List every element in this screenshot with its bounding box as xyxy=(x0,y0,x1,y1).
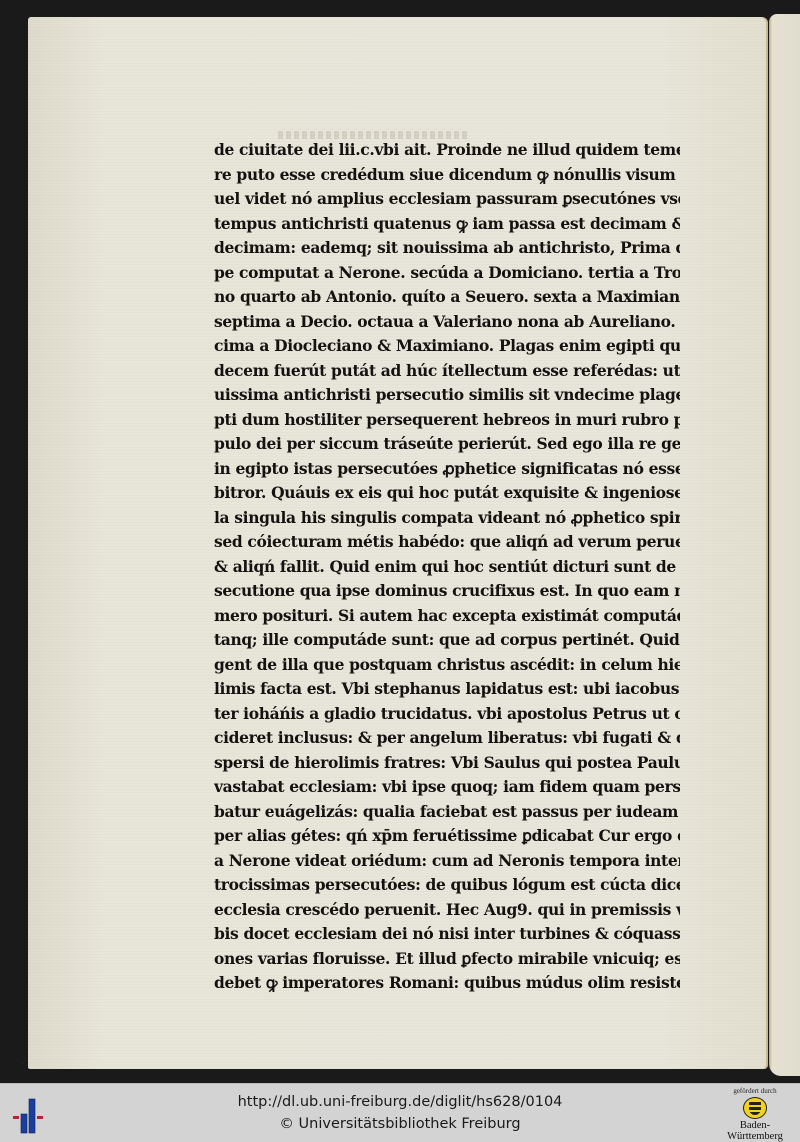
text-line: sed cóiecturam métis habédo: que aliqń a… xyxy=(214,530,680,555)
text-line: batur euágelizás: qualia faciebat est pa… xyxy=(214,800,680,825)
sponsor-caption: gefördert durch xyxy=(712,1087,798,1095)
text-line: pti dum hostiliter persequerent hebreos … xyxy=(214,408,680,433)
text-line: bitror. Quáuis ex eis qui hoc putát exqu… xyxy=(214,481,680,506)
text-line: per alias gétes: qń xp̄m feruétissime ꝑd… xyxy=(214,824,680,849)
next-page-edge xyxy=(769,14,800,1076)
text-line: septima a Decio. octaua a Valeriano nona… xyxy=(214,310,680,335)
text-line: uel videt nó amplius ecclesiam passuram … xyxy=(214,187,680,212)
text-line: tempus antichristi quatenus ꝙ iam passa … xyxy=(214,212,680,237)
text-line: ter ioháńis a gladio trucidatus. vbi apo… xyxy=(214,702,680,727)
text-line: limis facta est. Vbi stephanus lapidatus… xyxy=(214,677,680,702)
sponsor-name: Baden-Württemberg xyxy=(712,1120,798,1142)
text-line: in egipto istas persecutóes ꝓphetice sig… xyxy=(214,457,680,482)
text-line: la singula his singulis compata videant … xyxy=(214,506,680,531)
text-line: de ciuitate dei lii.c.vbi ait. Proinde n… xyxy=(214,138,680,163)
copyright-notice: © Universitätsbibliothek Freiburg xyxy=(0,1116,800,1132)
text-line: cima a Diocleciano & Maximiano. Plagas e… xyxy=(214,334,680,359)
text-line: mero posituri. Si autem hac excepta exis… xyxy=(214,604,680,629)
text-line: decem fuerút putát ad húc ítellectum ess… xyxy=(214,359,680,384)
text-line: vastabat ecclesiam: vbi ipse quoq; iam f… xyxy=(214,775,680,800)
text-line: trocissimas persecutóes: de quibus lógum… xyxy=(214,873,680,898)
text-line: secutione qua ipse dominus crucifixus es… xyxy=(214,579,680,604)
text-line: bis docet ecclesiam dei nó nisi inter tu… xyxy=(214,922,680,947)
incunable-text-block: de ciuitate dei lii.c.vbi ait. Proinde n… xyxy=(214,138,680,996)
text-line: debet ꝙ imperatores Romani: quibus múdus… xyxy=(214,971,680,996)
text-line: re puto esse credédum siue dicendum ꝙ nó… xyxy=(214,163,680,188)
text-line: ecclesia crescédo peruenit. Hec Aug9. qu… xyxy=(214,898,680,923)
page-viewer: de ciuitate dei lii.c.vbi ait. Proinde n… xyxy=(0,0,800,1083)
text-line: cideret inclusus: & per angelum liberatu… xyxy=(214,726,680,751)
sponsor-badge: gefördert durch Baden-Württemberg xyxy=(712,1087,798,1142)
text-line: gent de illa que postquam christus ascéd… xyxy=(214,653,680,678)
text-line: tanq; ille computáde sunt: que ad corpus… xyxy=(214,628,680,653)
coat-of-arms-icon xyxy=(743,1097,767,1119)
footer-bar: http://dl.ub.uni-freiburg.de/diglit/hs62… xyxy=(0,1083,800,1142)
text-line: pulo dei per siccum tráseúte perierút. S… xyxy=(214,432,680,457)
text-line: pe computat a Nerone. secúda a Domiciano… xyxy=(214,261,680,286)
corner-mark: ✓ xyxy=(20,1057,28,1068)
text-line: & aliqń fallit. Quid enim qui hoc sentiú… xyxy=(214,555,680,580)
text-line: decimam: eademq; sit nouissima ab antich… xyxy=(214,236,680,261)
text-line: ones varias floruisse. Et illud ꝑfecto m… xyxy=(214,947,680,972)
text-line: uissima antichristi persecutio similis s… xyxy=(214,383,680,408)
text-line: no quarto ab Antonio. quíto a Seuero. se… xyxy=(214,285,680,310)
permalink-url[interactable]: http://dl.ub.uni-freiburg.de/diglit/hs62… xyxy=(0,1094,800,1110)
text-line: a Nerone videat oriédum: cum ad Neronis … xyxy=(214,849,680,874)
text-line: spersi de hierolimis fratres: Vbi Saulus… xyxy=(214,751,680,776)
